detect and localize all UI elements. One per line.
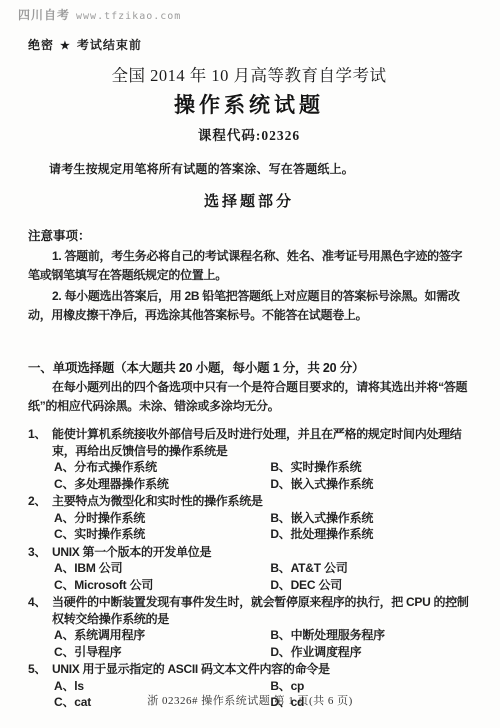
- exam-title: 全国 2014 年 10 月高等教育自学考试: [28, 62, 470, 86]
- question-stem: 2、 主要特点为微型化和实时性的操作系统是: [28, 493, 470, 510]
- question-stem: 4、 当硬件的中断装置发现有事件发生时，就会暂停原来程序的执行，把 CPU 的控…: [28, 594, 470, 627]
- option-b: B、中断处理服务程序: [270, 627, 470, 644]
- option-a: A、系统调用程序: [54, 627, 270, 644]
- option-b: B、AT&T 公司: [270, 560, 470, 577]
- question-1: 1、 能使计算机系统接收外部信号后及时进行处理，并且在严格的规定时间内处理结束，…: [28, 426, 470, 492]
- question-text: UNIX 第一个版本的开发单位是: [52, 544, 470, 561]
- security-classification-line: 绝密 ★ 考试结束前: [28, 36, 470, 53]
- option-c: C、多处理器操作系统: [54, 476, 270, 493]
- answer-sheet-instruction: 请考生按规定用笔将所有试题的答案涂、写在答题纸上。: [28, 160, 470, 177]
- question-options: A、系统调用程序 B、中断处理服务程序 C、引导程序 D、作业调度程序: [54, 627, 470, 660]
- question-stem: 5、 UNIX 用于显示指定的 ASCII 码文本文件内容的命令是: [28, 661, 470, 678]
- option-d: D、作业调度程序: [270, 644, 470, 661]
- question-options: A、IBM 公司 B、AT&T 公司 C、Microsoft 公司 D、DEC …: [54, 560, 470, 593]
- question-options: A、分时操作系统 B、嵌入式操作系统 C、实时操作系统 D、批处理操作系统: [54, 510, 470, 543]
- notes-heading: 注意事项：: [28, 226, 470, 244]
- option-c: C、实时操作系统: [54, 526, 270, 543]
- question-text: UNIX 用于显示指定的 ASCII 码文本文件内容的命令是: [52, 661, 470, 678]
- question-2: 2、 主要特点为微型化和实时性的操作系统是 A、分时操作系统 B、嵌入式操作系统…: [28, 493, 470, 543]
- option-c: C、引导程序: [54, 644, 270, 661]
- exam-paper-page: 四川自考 www.tfzikao.com 绝密 ★ 考试结束前 全国 2014 …: [0, 0, 500, 728]
- section-heading: 选择题部分: [28, 190, 470, 211]
- option-a: A、分时操作系统: [54, 510, 270, 527]
- question-number: 5、: [28, 661, 52, 678]
- question-text: 当硬件的中断装置发现有事件发生时，就会暂停原来程序的执行，把 CPU 的控制权转…: [52, 594, 470, 627]
- option-d: D、嵌入式操作系统: [270, 476, 470, 493]
- part-one-intro: 在每小题列出的四个备选项中只有一个是符合题目要求的，请将其选出并将“答题纸”的相…: [28, 378, 470, 416]
- note-item-1: 1. 答题前，考生务必将自己的考试课程名称、姓名、准考证号用黑色字迹的签字笔或钢…: [28, 247, 470, 284]
- option-c: C、Microsoft 公司: [54, 577, 270, 594]
- question-number: 2、: [28, 493, 52, 510]
- site-watermark: 四川自考 www.tfzikao.com: [18, 6, 470, 23]
- paper-title: 操作系统试题: [28, 89, 470, 119]
- timing-label: 考试结束前: [77, 38, 142, 52]
- question-text: 能使计算机系统接收外部信号后及时进行处理，并且在严格的规定时间内处理结束，再给出…: [52, 426, 470, 459]
- question-3: 3、 UNIX 第一个版本的开发单位是 A、IBM 公司 B、AT&T 公司 C…: [28, 544, 470, 594]
- option-a: A、分布式操作系统: [54, 459, 270, 476]
- course-code: 课程代码:02326: [28, 124, 470, 144]
- option-d: D、DEC 公司: [270, 577, 470, 594]
- question-4: 4、 当硬件的中断装置发现有事件发生时，就会暂停原来程序的执行，把 CPU 的控…: [28, 594, 470, 660]
- question-list: 1、 能使计算机系统接收外部信号后及时进行处理，并且在严格的规定时间内处理结束，…: [28, 426, 470, 711]
- star-icon: ★: [58, 40, 73, 52]
- note-item-2: 2. 每小题选出答案后，用 2B 铅笔把答题纸上对应题目的答案标号涂黑。如需改动…: [28, 287, 470, 324]
- part-one-heading: 一、单项选择题（本大题共 20 小题，每小题 1 分，共 20 分）: [28, 358, 470, 376]
- question-number: 1、: [28, 426, 52, 459]
- question-number: 4、: [28, 594, 52, 627]
- site-logo: 四川自考: [18, 6, 70, 23]
- site-url: www.tfzikao.com: [76, 11, 181, 22]
- question-number: 3、: [28, 544, 52, 561]
- question-options: A、分布式操作系统 B、实时操作系统 C、多处理器操作系统 D、嵌入式操作系统: [54, 459, 470, 492]
- classification-label: 绝密: [28, 38, 54, 52]
- question-stem: 1、 能使计算机系统接收外部信号后及时进行处理，并且在严格的规定时间内处理结束，…: [28, 426, 470, 459]
- option-b: B、嵌入式操作系统: [270, 510, 470, 527]
- page-footer: 浙 02326# 操作系统试题 第 1 页(共 6 页): [0, 692, 500, 708]
- option-d: D、批处理操作系统: [270, 526, 470, 543]
- option-a: A、IBM 公司: [54, 560, 270, 577]
- question-text: 主要特点为微型化和实时性的操作系统是: [52, 493, 470, 510]
- question-stem: 3、 UNIX 第一个版本的开发单位是: [28, 544, 470, 561]
- option-b: B、实时操作系统: [270, 459, 470, 476]
